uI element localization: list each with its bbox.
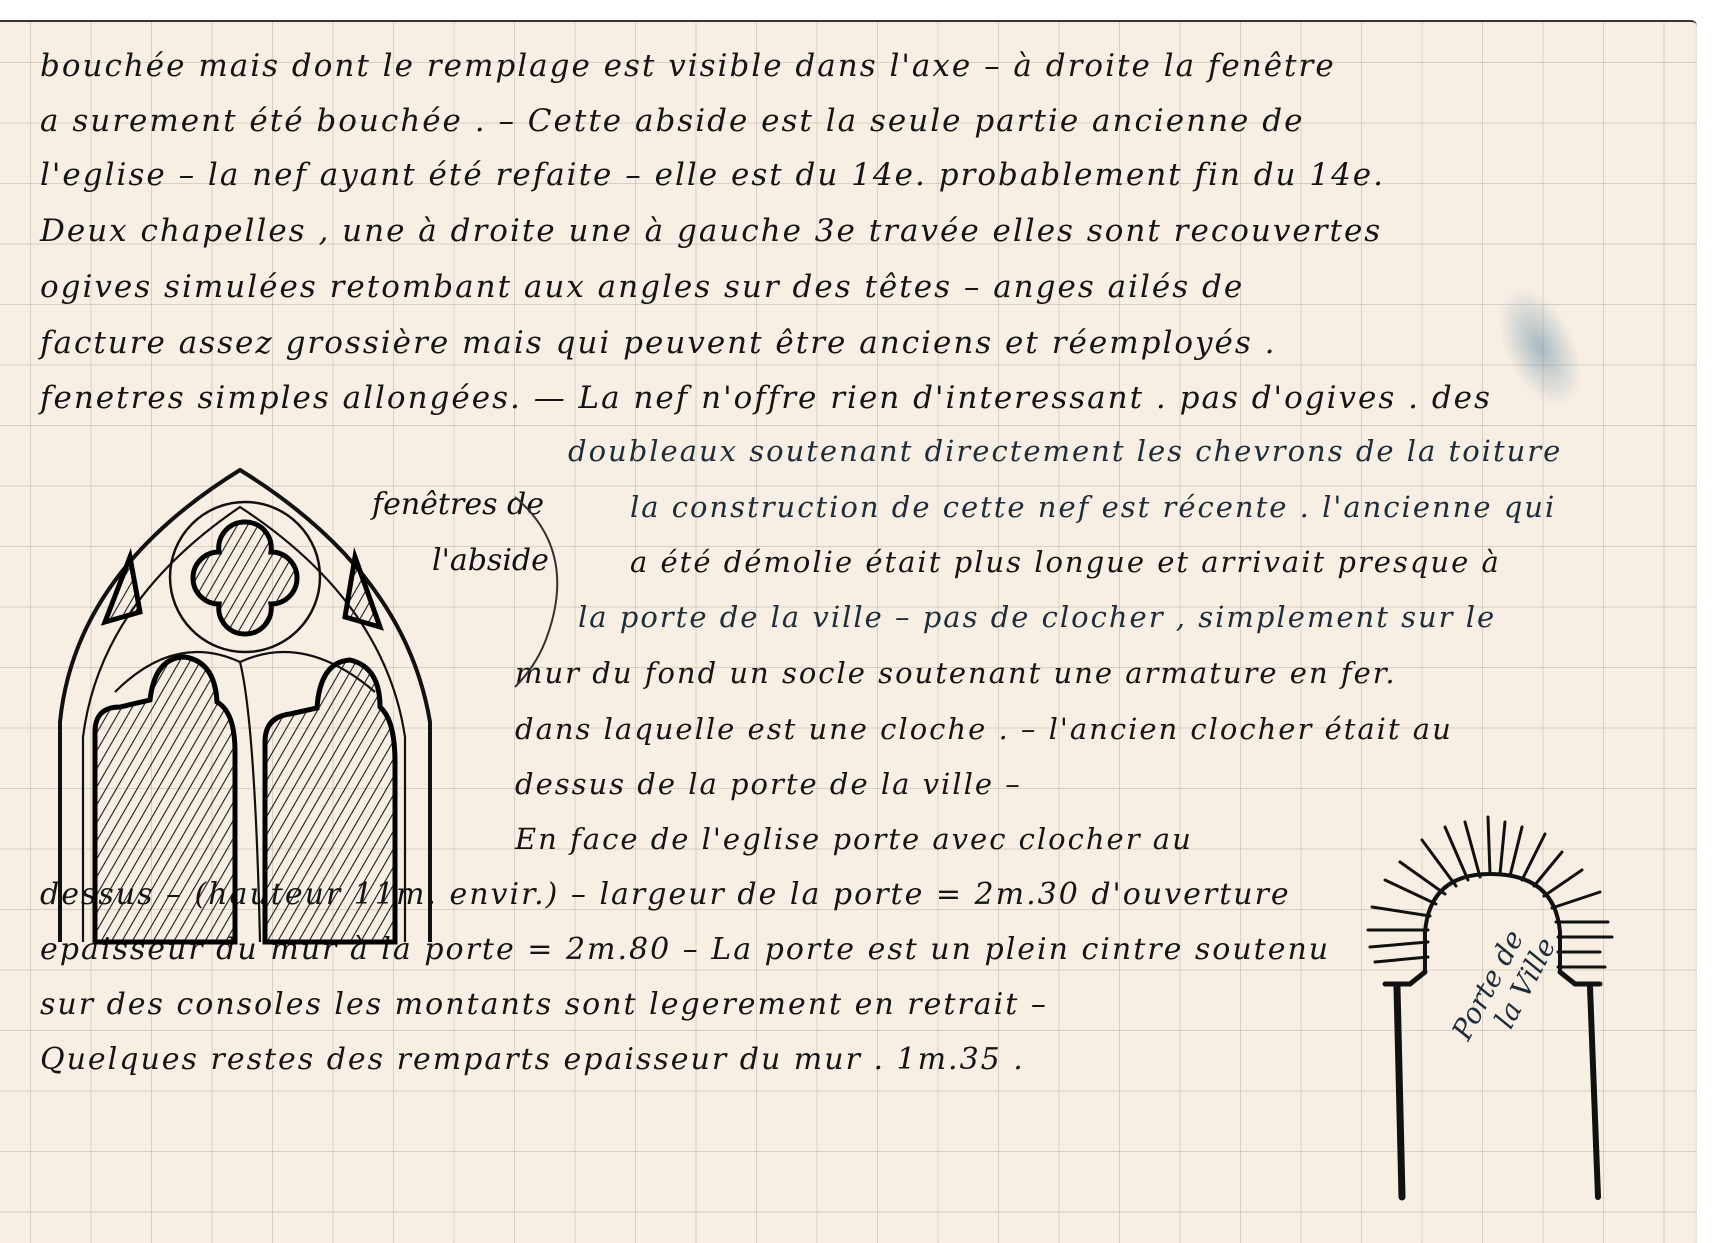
text-line: Deux chapelles , une à droite une à gauc…: [40, 213, 1382, 249]
text-line: l'eglise – la nef ayant été refaite – el…: [40, 157, 1385, 193]
text-line: doubleaux soutenant directement les chev…: [568, 434, 1562, 468]
text-line: dessus de la porte de la ville –: [515, 767, 1022, 801]
text-line: fenetres simples allongées. — La nef n'o…: [40, 380, 1492, 416]
text-line: a surement été bouchée . – Cette abside …: [40, 103, 1304, 139]
text-line: dans laquelle est une cloche . – l'ancie…: [515, 712, 1453, 746]
text-line: sur des consoles les montants sont leger…: [40, 987, 1048, 1022]
caption-bracket: [510, 492, 570, 692]
text-line: la porte de la ville – pas de clocher , …: [578, 600, 1496, 634]
text-line: a été démolie était plus longue et arriv…: [630, 545, 1501, 579]
text-line: facture assez grossière mais qui peuvent…: [40, 325, 1277, 361]
text-line: En face de l'eglise porte avec clocher a…: [515, 822, 1193, 856]
text-line: Quelques restes des remparts epaisseur d…: [40, 1042, 1025, 1077]
ink-stain: [1481, 273, 1599, 420]
text-line: ogives simulées retombant aux angles sur…: [40, 269, 1244, 305]
notebook-page: bouchée mais dont le remplage est visibl…: [0, 20, 1697, 1243]
text-line: bouchée mais dont le remplage est visibl…: [40, 48, 1336, 84]
text-line: mur du fond un socle soutenant une armat…: [515, 656, 1397, 690]
text-line: la construction de cette nef est récente…: [630, 490, 1556, 524]
